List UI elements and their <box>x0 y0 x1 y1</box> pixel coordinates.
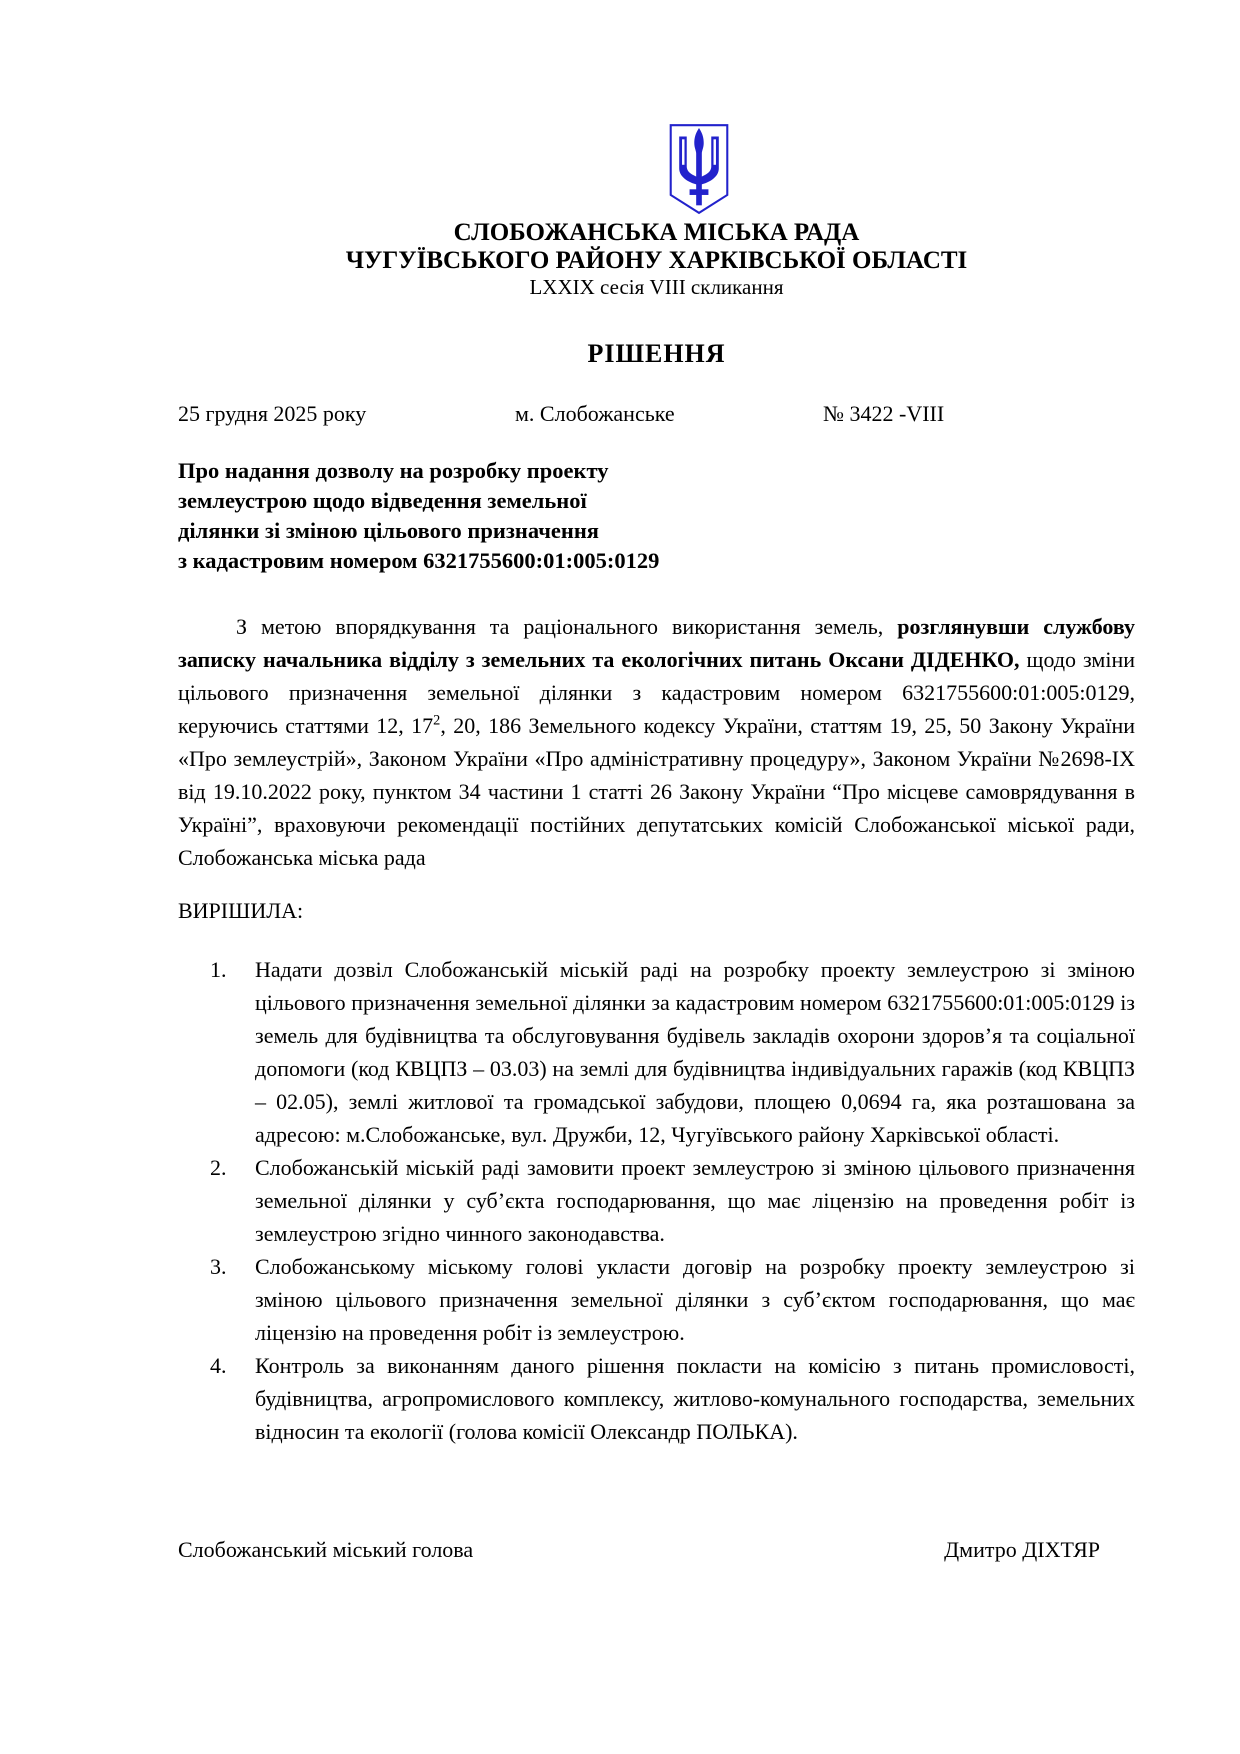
resolution-items: 1. Надати дозвіл Слобожанській міській р… <box>178 953 1135 1448</box>
resolution-heading: ВИРІШИЛА: <box>178 894 1135 927</box>
subject-line: Про надання дозволу на розробку проекту <box>178 456 1135 486</box>
item-text: Слобожанській міській раді замовити прое… <box>255 1155 1135 1246</box>
emblem-container <box>178 120 1135 219</box>
item-number: 1. <box>210 953 227 986</box>
resolution-item: 2. Слобожанській міській раді замовити п… <box>255 1151 1135 1250</box>
subject-line: з кадастровим номером 6321755600:01:005:… <box>178 546 1135 576</box>
subject-line: ділянки зі зміною цільового призначення <box>178 516 1135 546</box>
item-text: Надати дозвіл Слобожанській міській раді… <box>255 957 1135 1147</box>
trident-right-groove <box>713 139 715 164</box>
document-page: СЛОБОЖАНСЬКА МІСЬКА РАДА ЧУГУЇВСЬКОГО РА… <box>0 0 1240 1754</box>
item-number: 2. <box>210 1151 227 1184</box>
preamble-intro: З метою впорядкування та раціонального в… <box>236 614 897 639</box>
council-region: ЧУГУЇВСЬКОГО РАЙОНУ ХАРКІВСЬКОЇ ОБЛАСТІ <box>178 247 1135 275</box>
subject-line: землеустрою щодо відведення земельної <box>178 486 1135 516</box>
session-line: LXXIX сесія VIII скликання <box>178 275 1135 299</box>
trident-left-groove <box>682 139 684 164</box>
resolution-item: 1. Надати дозвіл Слобожанській міській р… <box>255 953 1135 1151</box>
council-name: СЛОБОЖАНСЬКА МІСЬКА РАДА <box>178 219 1135 247</box>
item-text: Слобожанському міському голові укласти д… <box>255 1254 1135 1345</box>
signature-row: Слобожанський міський голова Дмитро ДІХТ… <box>178 1536 1135 1564</box>
decision-date: 25 грудня 2025 року <box>178 401 366 426</box>
meta-row: 25 грудня 2025 року м. Слобожанське № 34… <box>178 400 1135 428</box>
ukraine-trident-emblem <box>666 120 732 219</box>
decision-place: м. Слобожанське <box>515 400 675 428</box>
subject-block: Про надання дозволу на розробку проекту … <box>178 456 1135 576</box>
resolution-item: 3. Слобожанському міському голові укласт… <box>255 1250 1135 1349</box>
item-number: 3. <box>210 1250 227 1283</box>
item-text: Контроль за виконанням даного рішення по… <box>255 1353 1135 1444</box>
resolution-item: 4. Контроль за виконанням даного рішення… <box>255 1349 1135 1448</box>
item-number: 4. <box>210 1349 227 1382</box>
preamble-paragraph: З метою впорядкування та раціонального в… <box>178 610 1135 874</box>
signer-name: Дмитро ДІХТЯР <box>944 1536 1135 1564</box>
document-type-title: РІШЕННЯ <box>178 339 1135 368</box>
signer-position: Слобожанський міський голова <box>178 1536 473 1564</box>
decision-number: № 3422 -VIII <box>823 400 944 428</box>
